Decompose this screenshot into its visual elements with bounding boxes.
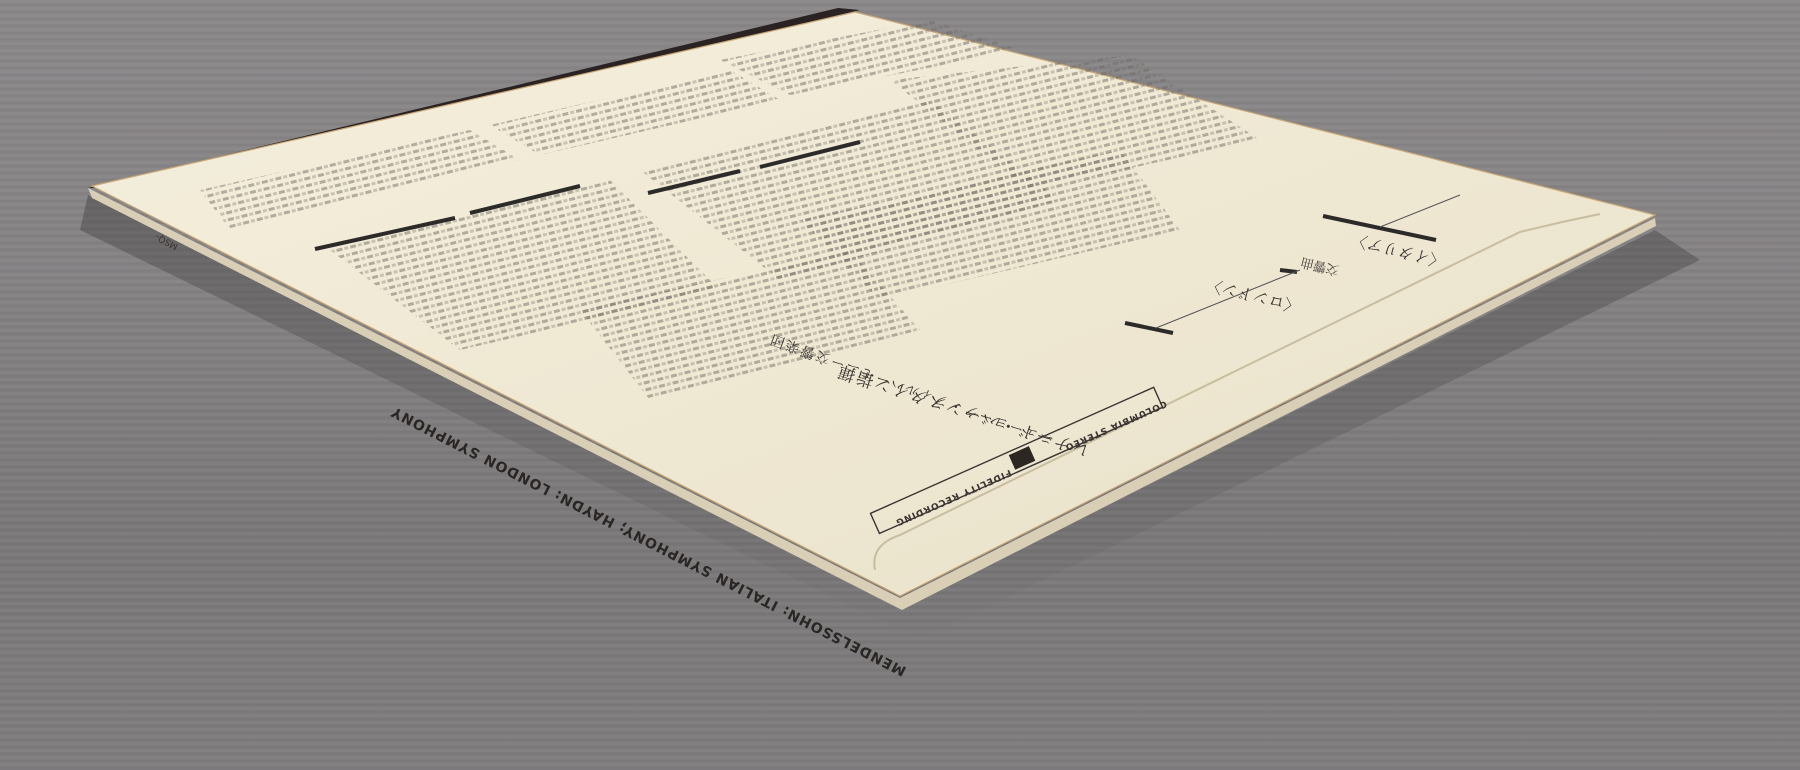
- photo-scene: MENDELSSOHN: ITALIAN SYMPHONY; HAYDN: LO…: [0, 0, 1800, 770]
